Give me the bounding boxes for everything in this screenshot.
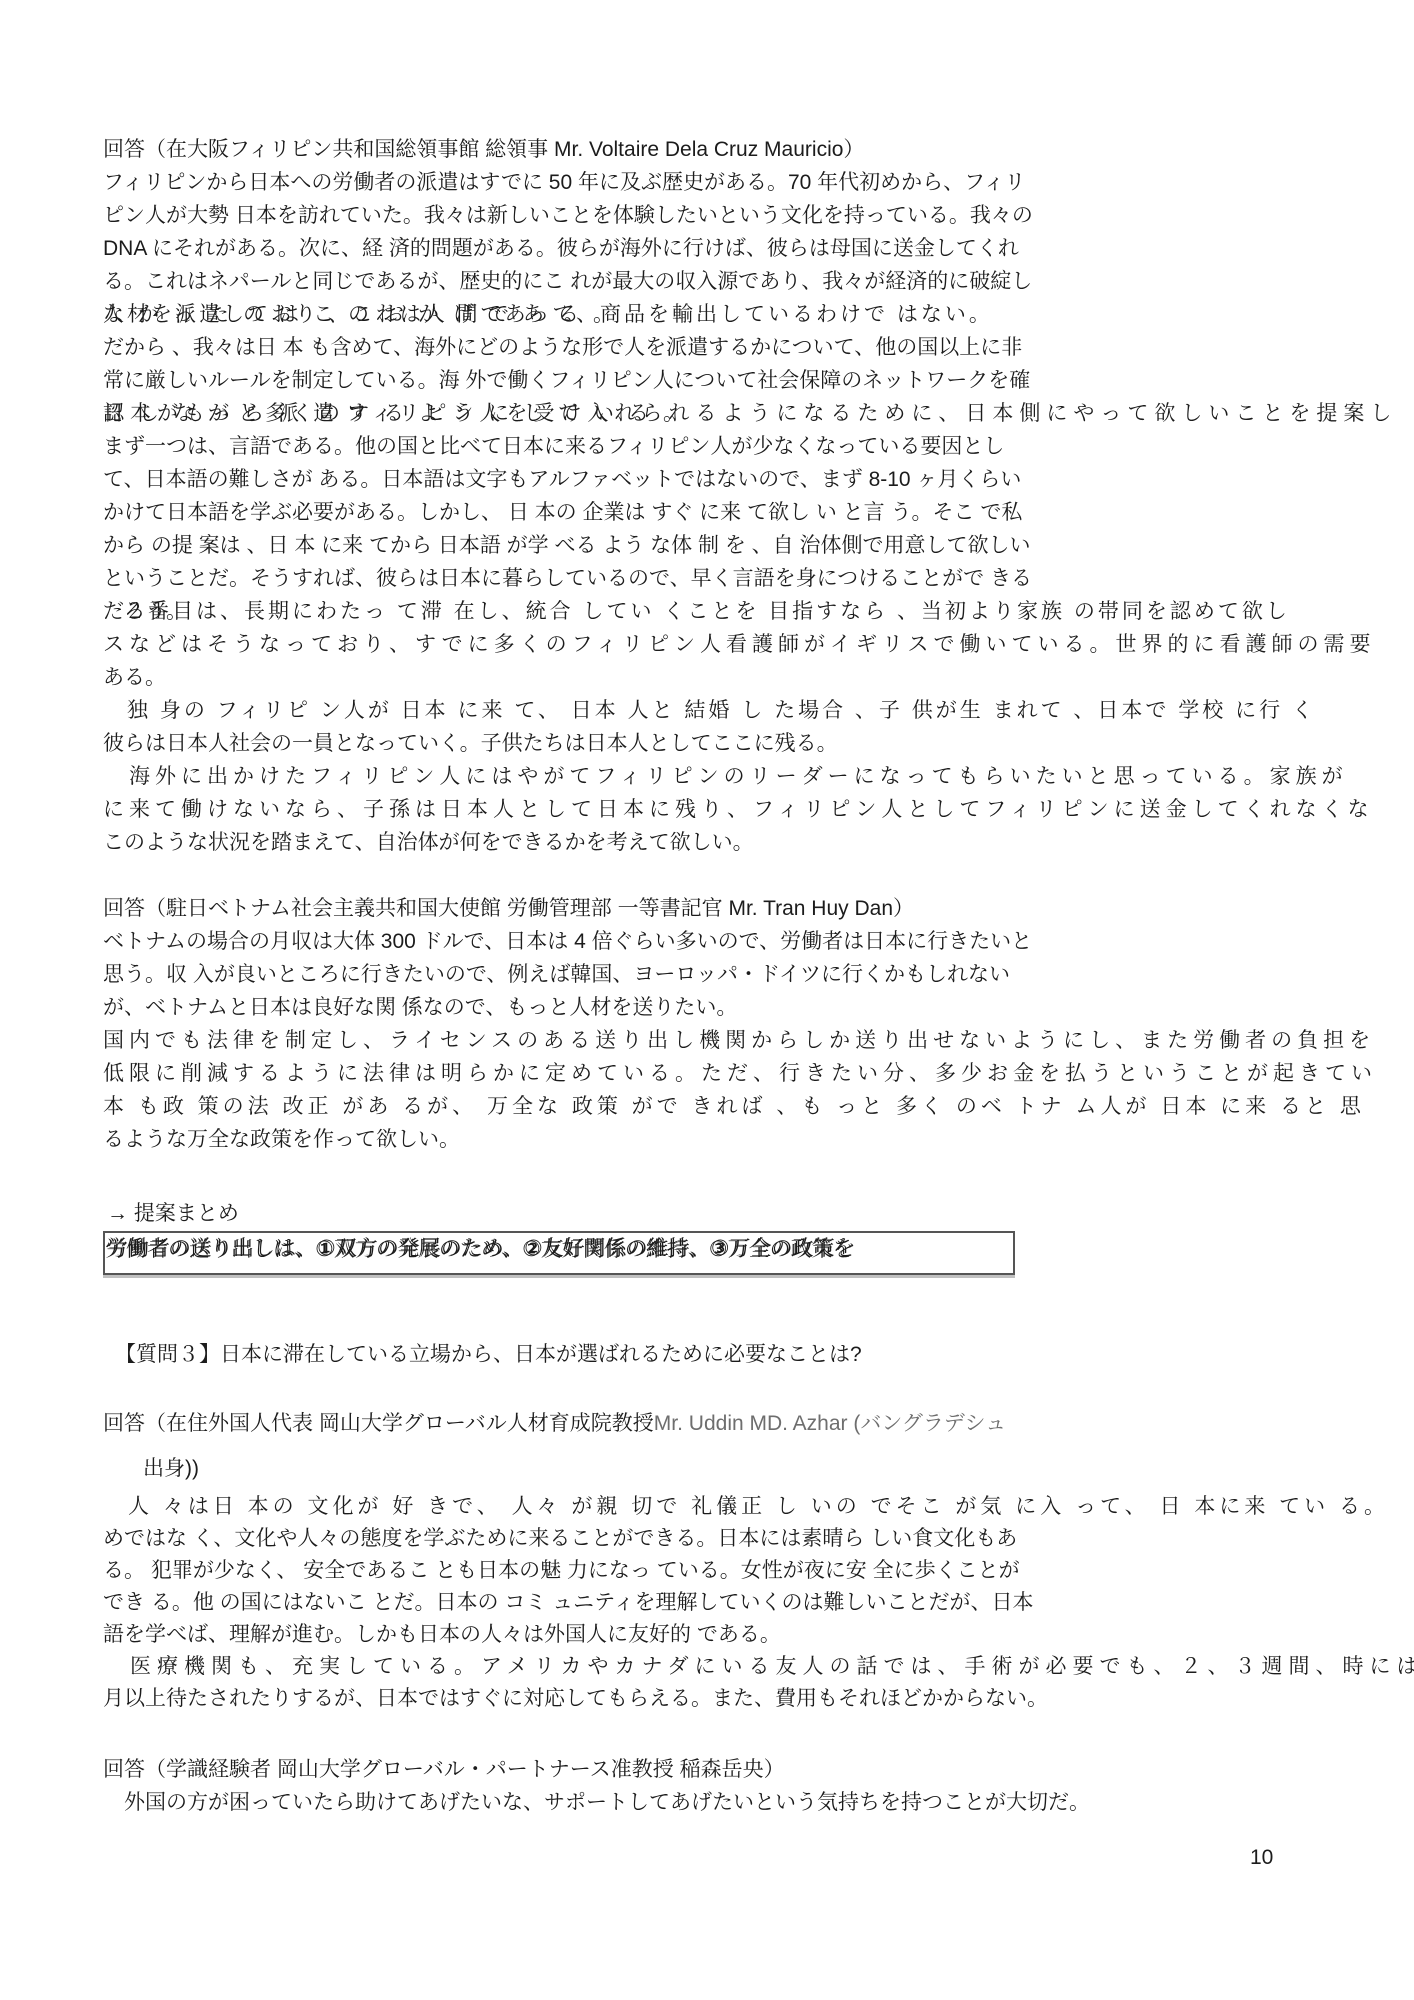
text-line: まず一つは、言語である。他の国と比べて日本に来るフィリピン人が少なくなっている要…	[103, 433, 1004, 460]
text-line: なかったのはこのおかげである。人材を派遣しており 、これは人 間であって、商品を…	[103, 301, 628, 328]
text-line: 【質問３】日本に滞在している立場から、日本が選ばれるために必要なことは?	[115, 1341, 862, 1368]
text-line: 医療機関も、充実している。アメリカやカナダにいる友人の話では、手術が必要でも、２…	[103, 1653, 1414, 1680]
text-line: だから 、我々は日 本 も含めて、海外にどのような形で人を派遣するかについて、他…	[103, 334, 1022, 361]
text-line: 回答（学識経験者 岡山大学グローバル・パートナース准教授 稲森岳央）	[103, 1756, 785, 1783]
text-line: るような万全な政策を作って欲しい。	[103, 1126, 460, 1153]
text-line: ベトナムの場合の月収は大体 300 ドルで、日本は 4 倍ぐらい多いので、労働者…	[103, 928, 1032, 955]
text-line: フィリピンから日本への労働者の派遣はすでに 50 年に及ぶ歴史がある。70 年代…	[103, 169, 1026, 196]
text-line: て、日本語の難しさが ある。日本語は文字もアルファベットではないので、まず 8-…	[103, 466, 1021, 493]
text-segment: 回答（在住外国人代表 岡山大学グローバル人材育成院教授	[103, 1412, 654, 1435]
text-line: 独 身の フィリピ ン人が 日本 に来 て、 日本 人と 結婚 し た場合 、子…	[103, 697, 1316, 724]
text-line: に来て働けないなら、子孫は日本人として日本に残り、フィリピン人としてフィリピンに…	[103, 796, 1374, 823]
text-line: が、ベトナムと日本は良好な関 係なので、もっと人材を送りたい。	[103, 994, 737, 1021]
text-line: 回答（在住外国人代表 岡山大学グローバル人材育成院教授Mr. Uddin MD.…	[103, 1410, 1006, 1437]
overlapping-text-layer: 日本がもっと多くのフィリピン人を受け入れられるようになるために、日本側にやって欲…	[103, 400, 1397, 427]
text-line: 思う。収 入が良いところに行きたいので、例えば韓国、ヨーロッパ・ドイツに行くかも…	[103, 961, 1010, 988]
text-line: スなどはそうなっており、すでに多くのフィリピン人看護師がイギリスで働いている。世…	[103, 631, 1376, 658]
text-line: ということだ。そうすれば、彼らは日本に暮らしているので、早く言語を身につけること…	[103, 565, 1032, 592]
text-line: 彼らは日本人社会の一員となっていく。子供たちは日本人としてここに残る。	[103, 730, 838, 757]
text-line: めではな く、文化や人々の態度を学ぶために来ることができる。日本には素晴ら しい…	[103, 1525, 1017, 1552]
text-line: 回答（在大阪フィリピン共和国総領事館 総領事 Mr. Voltaire Dela…	[103, 136, 864, 163]
text-line: このような状況を踏まえて、自治体が何をできるかを考えて欲しい。	[103, 829, 754, 856]
overlapping-text-layer: 人材を派遣しており 、これは人 間であって、商品を輸出しているわけで はない。	[103, 301, 993, 328]
text-line: 労働者の送り出しは、①双方の発展のため、②友好関係の維持、③万全の政策を	[105, 1236, 854, 1263]
text-line: 認しながら派遣するようにしている。日本がもっと多くのフィリピン人を受け入れられる…	[103, 400, 698, 427]
text-line: ピン人が大勢 日本を訪れていた。我々は新しいことを体験したいという文化を持ってい…	[103, 202, 1033, 229]
text-line: る。 犯罪が少なく、 安全であるこ とも日本の魅 力になっ ている。女性が夜に安…	[103, 1557, 1020, 1584]
text-line: 国内でも法律を制定し、ライセンスのある送り出し機関からしか送り出せないようにし、…	[103, 1027, 1375, 1054]
document-page: 労働者の送り出しは、①双方の発展のため、②友好関係の維持、③万全の政策を 10 …	[0, 0, 1414, 2000]
text-line: 月以上待たされたりするが、日本ではすぐに対応してもらえる。また、費用もそれほどか…	[103, 1685, 1048, 1712]
text-line: → 提案まとめ	[107, 1200, 239, 1227]
text-line: 本 も政 策の法 改正 があ るが、 万全な 政策 がで きれば 、も っと 多…	[103, 1093, 1365, 1120]
text-line: 外国の方が困っていたら助けてあげたいな、サポートしてあげたいという気持ちを持つこ…	[103, 1789, 1090, 1816]
text-line: DNA にそれがある。次に、経 済的問題がある。彼らが海外に行けば、彼らは母国に…	[103, 235, 1019, 262]
overlapping-text-layer: ２番目は、長期にわたっ て滞 在し、統合 してい くことを 目指すなら 、当初よ…	[124, 598, 1290, 625]
text-line: かけて日本語を学ぶ必要がある。しかし、 日 本の 企業は すぐ に来 て欲し い…	[103, 499, 1022, 526]
text-line: 海外に出かけたフィリピン人にはやがてフィリピンのリーダーになってもらいたいと思っ…	[103, 763, 1348, 790]
text-line: 回答（駐日ベトナム社会主義共和国大使館 労働管理部 一等書記官 Mr. Tran…	[103, 895, 914, 922]
text-line: 出身))	[143, 1455, 199, 1482]
text-line: から の提 案は 、日 本 に来 てから 日本語 が学 べる よう な体 制 を…	[103, 532, 1031, 559]
page-number: 10	[1250, 1846, 1273, 1870]
text-line: 人 々は日 本の 文化が 好 きで、 人々 が親 切で 礼儀正 し いの でそこ…	[103, 1493, 1389, 1520]
text-line: だろう。２番目は、長期にわたっ て滞 在し、統合 してい くことを 目指すなら …	[103, 598, 187, 625]
text-line: 常に厳しいルールを制定している。海 外で働くフィリピン人について社会保障のネット…	[103, 367, 1030, 394]
text-line: る。これはネパールと同じであるが、歴史的にこ れが最大の収入源であり、我々が経済…	[103, 268, 1032, 295]
text-line: でき る。他 の国にはないこ とだ。日本の コミ ュニティを理解していくのは難し…	[103, 1589, 1034, 1616]
speaker-name-gray: Mr. Uddin MD. Azhar (バングラデシュ	[654, 1412, 1006, 1435]
text-line: 語を学べば、理解が進む。しかも日本の人々は外国人に友好的 である。	[103, 1621, 781, 1648]
text-line: ある。	[103, 664, 166, 691]
text-line: 低限に削減するように法律は明らかに定めている。ただ、行きたい分、多少お金を払うと…	[103, 1060, 1377, 1087]
